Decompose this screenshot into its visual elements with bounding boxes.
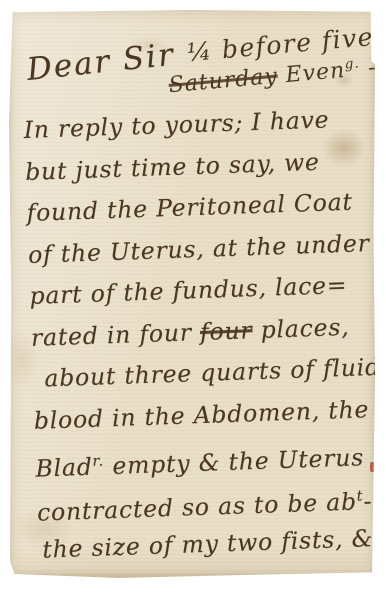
letter-text-segment: found the Peritoneal Coat	[26, 188, 353, 227]
dateline: ¼ before five Saturday Eveng. -	[165, 22, 378, 98]
letter-text-segment: about three quarts of fluid	[44, 353, 381, 393]
letter-text-segment: -	[363, 486, 373, 514]
letter-text-segment: rated in four	[30, 317, 200, 351]
letter-text-segment: -	[360, 55, 379, 81]
letter-text-segment: Blad	[35, 453, 93, 483]
letter-text-segment: of the Uterus, at the under	[28, 228, 371, 268]
salutation-line: Dear Sir	[25, 37, 176, 88]
letter-text-segment: In reply to yours; I have	[23, 105, 330, 144]
letter-text-segment: blood in the Abdomen, the	[33, 395, 369, 435]
letter-text-segment: r.	[92, 452, 104, 469]
letter-text-segment: four	[199, 316, 252, 346]
letter-body: In reply to yours; I havebut just time t…	[23, 98, 386, 572]
photo-background: { "colors": { "background": "#ffffff", "…	[0, 0, 386, 600]
letter-paper: Dear Sir ¼ before five Saturday Eveng. -…	[9, 10, 375, 578]
letter-text-segment: but just time to say, we	[25, 147, 320, 185]
letter-text-segment: Saturday	[168, 64, 279, 98]
letter-text-segment: part of the fundus, lace=	[29, 271, 348, 310]
letter-text-segment: Even	[277, 58, 347, 89]
letter-text-segment: places,	[252, 312, 350, 343]
letter-text-segment: the size of my two fists, &	[42, 524, 374, 564]
